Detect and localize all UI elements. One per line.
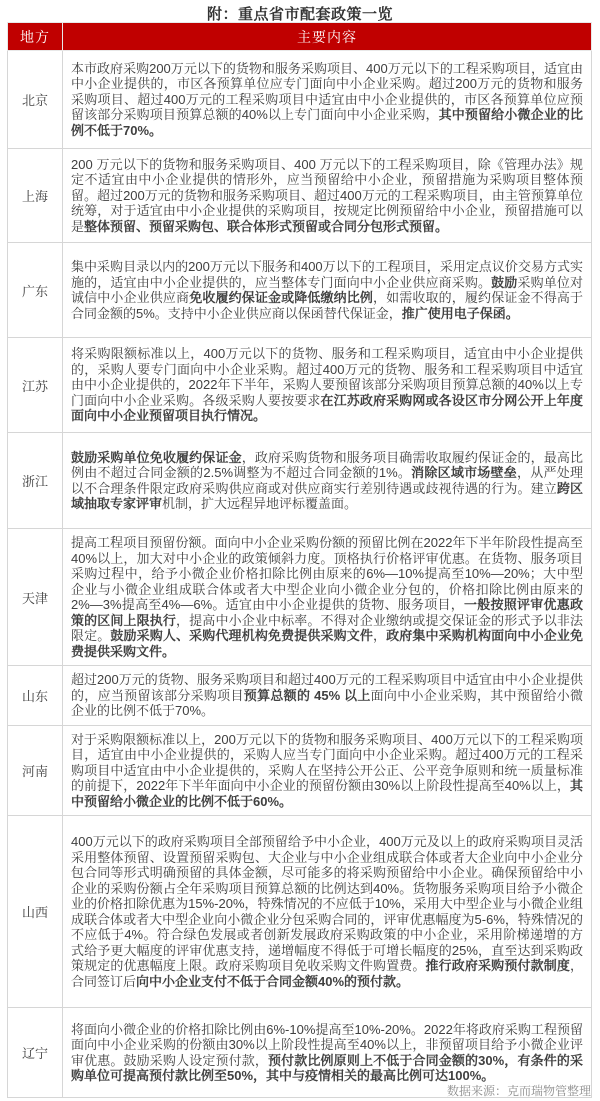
page-title: 附：重点省市配套政策一览 (0, 0, 600, 22)
content-cell: 提高工程项目预留份额。面向中小企业采购份额的预留比例在2022年下半年阶段性提高… (63, 529, 592, 666)
data-source-note: 数据来源：克而瑞物管整理 (447, 1082, 591, 1099)
content-segment: 400万元以下的政府采购项目全部预留给予中小企业，400万元及以上的政府采购项目… (71, 834, 583, 973)
column-header-content: 主要内容 (63, 23, 592, 51)
content-cell: 将采购限额标准以上，400万元以下的货物、服务和工程采购项目，适宜由中小企业提供… (63, 338, 592, 433)
content-segment: 免收履约保证金或降低缴纳比例 (189, 290, 373, 305)
region-cell: 辽宁 (8, 1008, 63, 1098)
region-cell: 广东 (8, 243, 63, 338)
content-segment: 整体预留、预留采购包、联合体形式预留或合同分包形式预留。 (84, 219, 448, 234)
table-row: 浙江 鼓励采购单位免收履约保证金，政府采购货物和服务项目确需收取履约保证金的，最… (8, 433, 592, 529)
content-segment: 对于采购限额标准以上，200万元以下的货物和服务采购项目、400万元以下的工程采… (71, 732, 583, 794)
region-cell: 山东 (8, 666, 63, 726)
table-row: 天津 提高工程项目预留份额。面向中小企业采购份额的预留比例在2022年下半年阶段… (8, 529, 592, 666)
content-segment: 预算总额的 45% 以上 (244, 688, 371, 703)
content-cell: 本市政府采购200万元以下的货物和服务采购项目、400万元以下的工程采购项目，适… (63, 51, 592, 149)
table-row: 江苏 将采购限额标准以上，400万元以下的货物、服务和工程采购项目，适宜由中小企… (8, 338, 592, 433)
table-header-row: 地方 主要内容 (8, 23, 592, 51)
table-row: 河南 对于采购限额标准以上，200万元以下的货物和服务采购项目、400万元以下的… (8, 725, 592, 816)
content-segment: 推行政府采购预付款制度 (426, 958, 570, 973)
table-row: 广东 集中采购目录以内的200万元以下服务和400万以下的工程项目，采用定点议价… (8, 243, 592, 338)
region-cell: 浙江 (8, 433, 63, 529)
policy-table: 地方 主要内容 北京 本市政府采购200万元以下的货物和服务采购项目、400万元… (7, 22, 592, 1098)
region-cell: 北京 (8, 51, 63, 149)
content-cell: 对于采购限额标准以上，200万元以下的货物和服务采购项目、400万元以下的工程采… (63, 725, 592, 816)
content-cell: 200 万元以下的货物和服务采购项目、400 万元以下的工程采购项目，除《管理办… (63, 149, 592, 243)
table-row: 山东 超过200万元的货物、服务采购项目和超过400万元的工程采购项目中适宜由中… (8, 666, 592, 726)
column-header-region: 地方 (8, 23, 63, 51)
content-segment: 鼓励 (491, 275, 517, 290)
content-segment: 消除区域市场壁垒 (411, 465, 517, 480)
content-segment: ， (373, 628, 386, 643)
content-segment: 鼓励采购单位免收履约保证金 (71, 450, 242, 465)
content-segment: 鼓励采购人、采购代理机构免费提供采购文件 (110, 628, 373, 643)
content-segment: 向中小企业支付不低于合同金额40%的预付款。 (136, 974, 409, 989)
content-cell: 400万元以下的政府采购项目全部预留给予中小企业，400万元及以上的政府采购项目… (63, 816, 592, 1008)
region-cell: 山西 (8, 816, 63, 1008)
region-cell: 河南 (8, 725, 63, 816)
region-cell: 江苏 (8, 338, 63, 433)
region-cell: 上海 (8, 149, 63, 243)
content-segment: 机制，扩大远程异地评标覆盖面。 (162, 496, 357, 511)
content-cell: 集中采购目录以内的200万元以下服务和400万以下的工程项目，采用定点议价交易方… (63, 243, 592, 338)
table-row: 山西 400万元以下的政府采购项目全部预留给予中小企业，400万元及以上的政府采… (8, 816, 592, 1008)
content-segment: 推广使用电子保函。 (402, 306, 519, 321)
region-cell: 天津 (8, 529, 63, 666)
content-cell: 鼓励采购单位免收履约保证金，政府采购货物和服务项目确需收取履约保证金的，最高比例… (63, 433, 592, 529)
table-row: 北京 本市政府采购200万元以下的货物和服务采购项目、400万元以下的工程采购项… (8, 51, 592, 149)
table-row: 上海 200 万元以下的货物和服务采购项目、400 万元以下的工程采购项目，除《… (8, 149, 592, 243)
content-cell: 超过200万元的货物、服务采购项目和超过400万元的工程采购项目中适宜由中小企业… (63, 666, 592, 726)
